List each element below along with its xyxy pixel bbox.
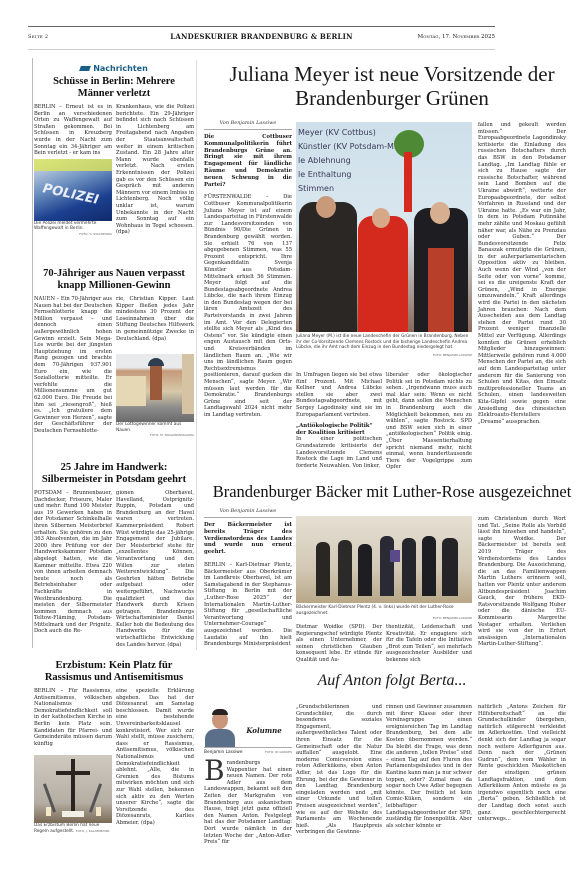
photo-caption: Juliana Meyer (M.) ist die neue Landesch… bbox=[296, 334, 472, 351]
author-avatar bbox=[204, 707, 236, 747]
column-label: Kolumne bbox=[236, 726, 292, 747]
article-body: gionen Oberhavel, Havelland, Ostprignitz… bbox=[116, 490, 194, 648]
photo-caption: Der Lottogewinner kommt aus Nauen. bbox=[116, 422, 194, 433]
photo-credit: FOTO: ID GROUPS bbox=[265, 750, 292, 755]
article-headline: 70-Jähriger aus Nauen verpasst knapp Mil… bbox=[34, 268, 194, 292]
erzbistum-article: Erzbistum: Kein Platz für Rassismus und … bbox=[34, 660, 194, 834]
byline: Von Benjamin Lassiwe bbox=[204, 120, 292, 130]
photo-credit: FOTO: S. STACHE/DPA bbox=[34, 232, 112, 236]
column-col4: natürlich „Antons Zeichen für Hilfsberei… bbox=[478, 704, 566, 823]
baker-headline: Brandenburger Bäcker mit Luther-Rose aus… bbox=[200, 482, 584, 502]
left-news-section: Nachrichten Schüsse in Berlin: Mehrere M… bbox=[34, 62, 194, 236]
main-article-col1: Von Benjamin Lassiwe Die Cottbuser Kommu… bbox=[204, 120, 292, 419]
article-body: fallen und gekeult werden müssen.“ Der E… bbox=[478, 122, 566, 425]
baker-award-photo bbox=[296, 516, 472, 603]
article-lead: Der Bäckermeister ist bereits Träger des… bbox=[204, 522, 292, 556]
article-headline: Schüsse in Berlin: Mehrere Männer verlet… bbox=[34, 76, 194, 100]
column-divider bbox=[196, 60, 197, 650]
article-headline: Erzbistum: Kein Platz für Rassismus und … bbox=[34, 660, 194, 684]
church-cross-photo bbox=[34, 755, 112, 823]
column-col3: rinnen und Gewinner zusammen mit ihrer K… bbox=[386, 704, 472, 829]
article-body: POTSDAM – Brunnenbauer, Dachdecker, Fris… bbox=[34, 490, 112, 635]
photo-caption: Das Erzbistum Berlin hat neue Regeln auf… bbox=[34, 823, 112, 834]
article-body: FÜRSTENWALDE – Die Cottbuser Kommunalpol… bbox=[204, 194, 292, 418]
screen-text: Meyer (KV Cottbus) Künstler (KV Potsdam-… bbox=[298, 126, 399, 196]
author-box: Kolumne bbox=[204, 704, 292, 748]
lotto-article: 70-Jähriger aus Nauen verpasst knapp Mil… bbox=[34, 268, 194, 437]
byline: Von Benjamin Lassiwe bbox=[204, 508, 292, 518]
article-body: Brandenburgs Wappentier hat einen neuen … bbox=[204, 760, 292, 846]
main-article-col4: fallen und gekeult werden müssen.“ Der E… bbox=[478, 122, 566, 425]
article-body: BERLIN – Erneut ist es in Berlin an vers… bbox=[34, 104, 112, 157]
baker-col4: zum Christentum durch Wort und Tat. „Sei… bbox=[478, 516, 566, 648]
baker-col3: thentizität, Leidenschaft und Kreativitä… bbox=[386, 624, 472, 664]
drop-cap: B bbox=[204, 760, 225, 782]
photo-credit: FOTO: BENJAMIN LASSIWE bbox=[296, 353, 472, 357]
main-article-col2: In Umfragen liegen sie bei etwa fünf Pro… bbox=[296, 372, 382, 469]
article-body: liberaler oder ökologischer Politik sei … bbox=[386, 372, 472, 471]
article-headline: 25 Jahre im Handwerk: Silbermeister in P… bbox=[34, 462, 194, 486]
section-label: Nachrichten bbox=[93, 64, 148, 73]
main-article-col3: liberaler oder ökologischer Politik sei … bbox=[386, 372, 472, 471]
photo-credit: FOTO: BENJAMIN LASSIWE bbox=[296, 616, 472, 620]
nachrichten-flag-icon bbox=[79, 66, 91, 71]
issue-date: Montag, 17. November 2025 bbox=[418, 34, 495, 40]
masthead: Seite 2 LANDESKURIER BRANDENBURG & BERLI… bbox=[28, 26, 495, 50]
main-headline: Juliana Meyer ist neue Vorsitzende der B… bbox=[200, 62, 584, 110]
nauen-town-photo bbox=[116, 354, 194, 422]
column-headline: Auf Anton folgt Berta... bbox=[200, 672, 584, 690]
baker-col1: Von Benjamin Lassiwe Der Bäckermeister i… bbox=[204, 508, 292, 648]
article-body: eine spezielle Erklärung abgeben. Das ha… bbox=[116, 688, 194, 826]
photo-caption: Die Polizei meldet vermehrte Waffengewal… bbox=[34, 221, 112, 232]
subheading: „Antiökologische Politik“ der Koalition … bbox=[296, 423, 382, 436]
article-body: BERLIN – Karl-Dietmar Plentz, Bäckermeis… bbox=[204, 562, 292, 648]
photo-caption: Bäckermeister Karl-Dietmar Plentz (4. v.… bbox=[296, 605, 472, 616]
article-body: Krankenhaus, wie die Polizei berichtete.… bbox=[116, 104, 194, 236]
meyer-election-photo: Meyer (KV Cottbus) Künstler (KV Potsdam-… bbox=[296, 122, 472, 332]
column-col2: „Grundschülerinnen und Grundschüler, die… bbox=[296, 704, 382, 836]
author-name: Benjamin Lassiwe bbox=[204, 750, 242, 755]
column-divider bbox=[32, 58, 33, 648]
section-kicker: Nachrichten bbox=[34, 62, 194, 74]
article-body: NAUEN – Ein 70-Jähriger aus Nauen hat be… bbox=[34, 296, 112, 434]
baker-col2: Dietmar Woidke (SPD). Der Regierungschef… bbox=[296, 624, 382, 664]
article-body: BERLIN – Für Rassismus, Antisemitismus, … bbox=[34, 688, 112, 747]
article-lead: Die Cottbuser Kommunalpolitikerin führt … bbox=[204, 134, 292, 188]
handwerk-article: 25 Jahre im Handwerk: Silbermeister in P… bbox=[34, 462, 194, 648]
article-body: rie, Christian Kipper. Laut Kipper fließ… bbox=[116, 296, 194, 342]
photo-credit: FOTO: M. SKOLIMOWSKA/DPA bbox=[116, 433, 194, 437]
article-body: In Umfragen liegen sie bei etwa fünf Pro… bbox=[296, 372, 382, 418]
column-col1: Kolumne Benjamin Lassiwe FOTO: ID GROUPS… bbox=[204, 704, 292, 846]
article-body: In einer politischen Grundsatzrede kriti… bbox=[296, 436, 382, 469]
police-car-photo: POLIZEI bbox=[34, 159, 112, 221]
